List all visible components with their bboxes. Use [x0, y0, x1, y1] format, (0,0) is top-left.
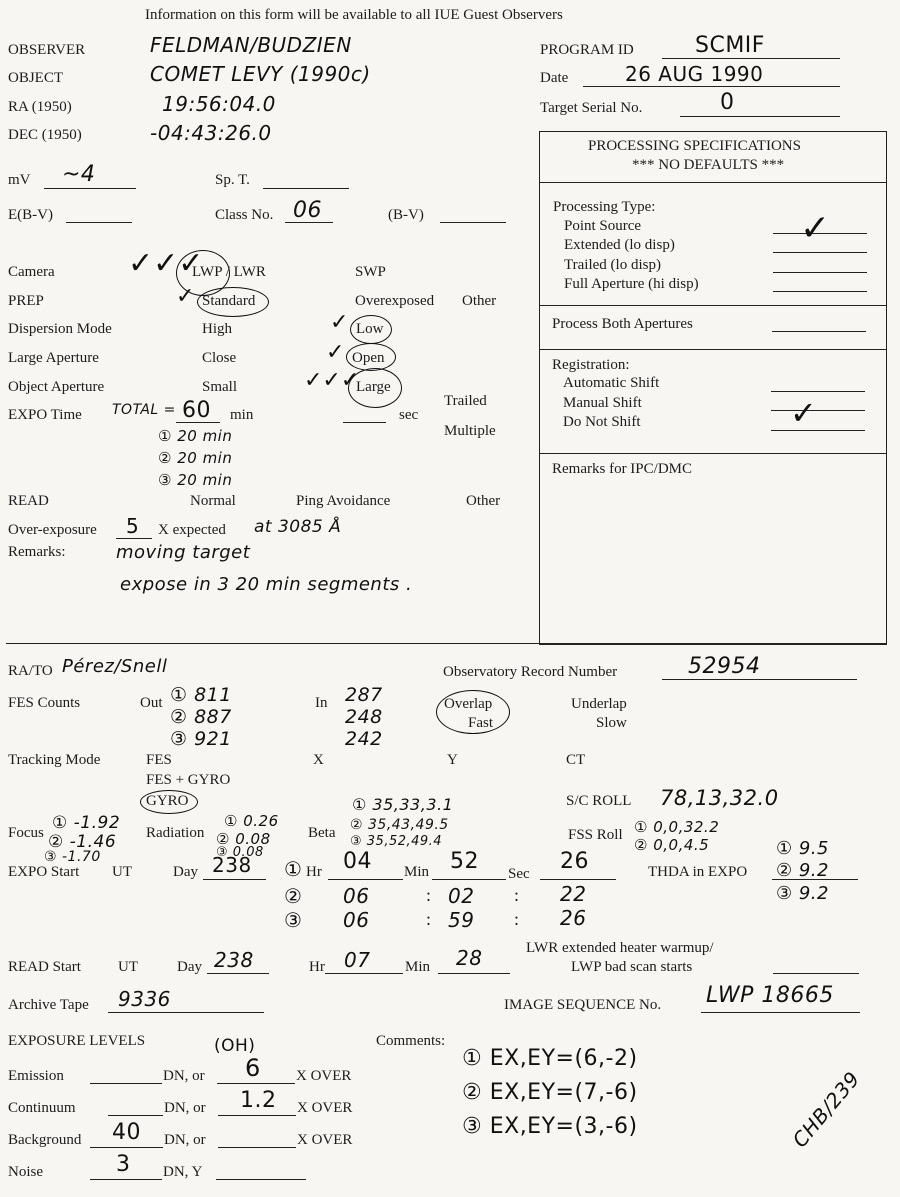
expo-index-1: ① [284, 857, 302, 881]
observatory-record-label: Observatory Record Number [443, 664, 617, 681]
min-label: Min [404, 864, 429, 881]
expo-hr-2[interactable]: 06 [343, 884, 369, 908]
focus-value-3[interactable]: ③ -1.70 [44, 849, 101, 865]
rato-label: RA/TO [8, 663, 53, 680]
read-option-other[interactable]: Other [466, 493, 500, 510]
check-icon: ✓ [800, 208, 830, 249]
read-hr-underline [325, 973, 403, 974]
comment-line-3[interactable]: ③ EX,EY=(3,-6) [462, 1114, 638, 1139]
target-serial-label: Target Serial No. [540, 100, 642, 117]
tracking-option-fes[interactable]: FES [146, 752, 172, 769]
processing-subtitle: *** NO DEFAULTS *** [632, 157, 784, 174]
tracking-option-fes-gyro[interactable]: FES + GYRO [146, 772, 230, 789]
overexposure-label: Over-exposure [8, 522, 97, 539]
processing-type-trailed: Trailed (lo disp) [564, 257, 661, 274]
time-colon: : [514, 885, 519, 906]
noise-label: Noise [8, 1164, 43, 1181]
date-label: Date [540, 70, 568, 87]
ebv-field[interactable] [66, 222, 132, 223]
underlap-option[interactable]: Underlap [571, 696, 627, 713]
signature: CHB/239 [788, 1067, 865, 1152]
expo-sec-unit: sec [399, 407, 418, 424]
program-id-field[interactable]: SCMIF [695, 33, 765, 58]
dispersion-label: Dispersion Mode [8, 321, 112, 338]
read-hr-label: Hr [309, 959, 325, 976]
read-min-underline [438, 973, 510, 974]
divider [539, 182, 887, 183]
thda-label: THDA in EXPO [648, 864, 747, 881]
target-serial-underline [680, 116, 840, 117]
noise-y-field[interactable] [216, 1179, 306, 1180]
read-start-label: READ Start [8, 959, 81, 976]
mv-underline [44, 188, 136, 189]
large-aperture-label: Large Aperture [8, 350, 99, 367]
overlap-fast-selection-circle [436, 690, 510, 734]
observer-field[interactable]: FELDMAN/BUDZIEN [150, 33, 352, 57]
do-not-shift-field[interactable] [771, 430, 865, 431]
fss-roll-value-1[interactable]: ① 0,0,32.2 [634, 818, 719, 836]
large-selection-circle [348, 368, 402, 408]
ct-label: CT [566, 752, 585, 769]
sc-roll-field[interactable]: 78,13,32.0 [660, 786, 779, 810]
fes-in-2[interactable]: 248 [345, 706, 383, 728]
extended-field[interactable] [773, 252, 867, 253]
background-label: Background [8, 1132, 81, 1149]
hr-label: Hr [306, 864, 322, 881]
slow-option[interactable]: Slow [596, 715, 627, 732]
manual-shift-field[interactable] [771, 410, 865, 411]
focus-label: Focus [8, 825, 44, 842]
form-notice: Information on this form will be availab… [145, 7, 563, 24]
heater-label-2: LWP bad scan starts [571, 959, 692, 976]
divider [539, 453, 887, 454]
object-aperture-option-small[interactable]: Small [202, 379, 237, 396]
program-id-underline [662, 58, 840, 59]
emission-or-label: DN, or [163, 1068, 205, 1085]
camera-label: Camera [8, 264, 55, 281]
check-icon: ✓ [790, 394, 817, 432]
fes-counts-label: FES Counts [8, 695, 80, 712]
process-both-apertures-label: Process Both Apertures [552, 316, 693, 333]
overexposure-field[interactable]: 5 [126, 514, 139, 538]
expo-index-3: ③ [284, 908, 302, 932]
expo-min-1[interactable]: 52 [450, 849, 479, 874]
bv-field[interactable] [440, 222, 506, 223]
archive-tape-underline [108, 1012, 264, 1013]
beta-value-3[interactable]: ③ 35,52,49.4 [350, 834, 442, 849]
fes-out-3[interactable]: ③ 921 [170, 728, 232, 750]
expo-time-label: EXPO Time [8, 407, 82, 424]
radiation-label: Radiation [146, 825, 204, 842]
check-icon: ✓ [176, 284, 194, 309]
fss-roll-label: FSS Roll [568, 827, 623, 844]
fes-out-1[interactable]: ① 811 [170, 684, 232, 706]
overexposure-underline [116, 538, 152, 539]
continuum-over-underline [218, 1115, 296, 1116]
time-colon: : [426, 909, 431, 930]
thda-value-1[interactable]: ① 9.5 [776, 838, 829, 859]
processing-type-point-source: Point Source [564, 218, 641, 235]
section-divider [6, 643, 887, 644]
overexposure-note: at 3085 Å [254, 517, 341, 537]
standard-selection-circle [197, 287, 269, 317]
hr-underline [328, 879, 403, 880]
background-or-label: DN, or [164, 1132, 206, 1149]
emission-over-field[interactable]: 6 [245, 1054, 261, 1082]
comment-line-2[interactable]: ② EX,EY=(7,-6) [462, 1080, 638, 1105]
focus-value-1[interactable]: ① -1.92 [52, 813, 120, 833]
fes-out-2[interactable]: ② 887 [170, 706, 232, 728]
time-colon: : [514, 909, 519, 930]
background-dn-underline [90, 1147, 163, 1148]
sec-underline [540, 879, 616, 880]
read-day-underline [207, 973, 269, 974]
processing-type-full-aperture: Full Aperture (hi disp) [564, 276, 699, 293]
object-aperture-label: Object Aperture [8, 379, 104, 396]
fss-roll-value-2[interactable]: ② 0,0,4.5 [634, 836, 709, 854]
fes-out-label: Out [140, 695, 163, 712]
beta-value-2[interactable]: ② 35,43,49.5 [350, 817, 449, 833]
class-label: Class No. [215, 207, 273, 224]
read-day-label: Day [177, 959, 202, 976]
program-id-label: PROGRAM ID [540, 42, 634, 59]
gyro-selection-circle [140, 790, 198, 814]
expo-total-prefix: TOTAL = [112, 402, 176, 418]
observatory-record-field[interactable]: 52954 [688, 654, 761, 679]
processing-type-heading: Processing Type: [553, 199, 655, 216]
prep-option-other[interactable]: Other [462, 293, 496, 310]
expo-sec-2[interactable]: 22 [560, 882, 586, 906]
day-field[interactable]: 238 [212, 853, 252, 877]
read-start-ut-label: UT [118, 959, 138, 976]
emission-suffix: X OVER [296, 1068, 351, 1085]
read-option-ping-avoidance[interactable]: Ping Avoidance [296, 493, 390, 510]
background-dn-field[interactable]: 40 [112, 1120, 141, 1145]
date-underline [583, 86, 840, 87]
heater-label-1: LWR extended heater warmup/ [526, 940, 714, 957]
open-selection-circle [346, 343, 396, 371]
mv-label: mV [8, 172, 31, 189]
dec-label: DEC (1950) [8, 127, 82, 144]
image-sequence-underline [701, 1012, 860, 1013]
registration-automatic-shift: Automatic Shift [563, 375, 659, 392]
ra-label: RA (1950) [8, 99, 72, 116]
y-label: Y [447, 752, 458, 769]
sc-roll-label: S/C ROLL [566, 793, 631, 810]
low-selection-circle [350, 315, 392, 344]
remarks-line-1[interactable]: moving target [116, 542, 250, 563]
ebv-label: E(B-V) [8, 207, 53, 224]
registration-heading: Registration: [552, 357, 630, 374]
divider [539, 349, 887, 350]
registration-do-not-shift: Do Not Shift [563, 414, 641, 431]
fes-in-3[interactable]: 242 [345, 728, 383, 750]
check-icon: ✓ [330, 310, 348, 335]
bv-label: (B-V) [388, 207, 424, 224]
trailed-field[interactable] [773, 272, 867, 273]
expo-start-label: EXPO Start [8, 864, 79, 881]
read-option-normal[interactable]: Normal [190, 493, 236, 510]
thda-value-2[interactable]: ② 9.2 [776, 860, 829, 881]
background-suffix: X OVER [297, 1132, 352, 1149]
time-colon: : [426, 885, 431, 906]
divider [539, 305, 887, 306]
class-field[interactable]: 06 [293, 198, 322, 223]
rato-field[interactable]: Pérez/Snell [62, 656, 167, 677]
expo-min-2[interactable]: 02 [448, 884, 474, 908]
expo-min-unit: min [230, 407, 253, 424]
dispersion-option-high[interactable]: High [202, 321, 232, 338]
large-aperture-option-close[interactable]: Close [202, 350, 236, 367]
spt-field[interactable] [263, 188, 349, 189]
min-underline [432, 879, 506, 880]
object-field[interactable]: COMET LEVY (1990c) [150, 62, 371, 86]
expo-segment-3: ③ 20 min [158, 471, 232, 489]
expo-sec-field[interactable] [343, 422, 386, 423]
read-day-field[interactable]: 238 [214, 948, 254, 972]
noise-dn-underline [90, 1179, 162, 1180]
fes-in-label: In [315, 695, 328, 712]
archive-tape-field[interactable]: 9336 [118, 987, 171, 1011]
exposure-levels-heading: EXPOSURE LEVELS [8, 1033, 145, 1050]
oh-annotation: (OH) [214, 1036, 255, 1056]
emission-dn-field[interactable] [90, 1083, 162, 1084]
process-both-apertures-field[interactable] [772, 331, 866, 332]
continuum-dn-field[interactable] [108, 1115, 163, 1116]
expo-total-field[interactable]: 60 [182, 398, 211, 423]
processing-title: PROCESSING SPECIFICATIONS [588, 138, 801, 155]
noise-suffix: DN, Y [163, 1164, 202, 1181]
observer-label: OBSERVER [8, 42, 85, 59]
expo-sec-1[interactable]: 26 [560, 849, 589, 874]
thda-value-3[interactable]: ③ 9.2 [776, 883, 829, 904]
mv-field[interactable]: ~4 [62, 162, 95, 187]
background-over-field[interactable] [218, 1147, 296, 1148]
processing-type-extended: Extended (lo disp) [564, 237, 675, 254]
observatory-record-underline [662, 679, 857, 680]
prep-label: PREP [8, 293, 44, 310]
expo-min-3[interactable]: 59 [448, 908, 474, 932]
sec-label: Sec [508, 866, 530, 883]
read-hr-field[interactable]: 07 [344, 948, 370, 972]
expo-hr-3[interactable]: 06 [343, 908, 369, 932]
ra-field[interactable]: 19:56:04.0 [162, 92, 276, 116]
beta-value-1[interactable]: ① 35,33,3.1 [352, 795, 453, 814]
continuum-or-label: DN, or [164, 1100, 206, 1117]
expo-hr-1[interactable]: 04 [343, 849, 372, 874]
ipc-dmc-remarks-label: Remarks for IPC/DMC [552, 461, 692, 478]
image-sequence-label: IMAGE SEQUENCE No. [504, 997, 661, 1014]
emission-label: Emission [8, 1068, 64, 1085]
expo-trailed-option[interactable]: Trailed [444, 393, 487, 410]
registration-manual-shift: Manual Shift [563, 395, 642, 412]
object-label: OBJECT [8, 70, 63, 87]
spt-label: Sp. T. [215, 172, 250, 189]
expo-sec-3[interactable]: 26 [560, 906, 586, 930]
expo-segment-1: ① 20 min [158, 427, 232, 445]
read-label: READ [8, 493, 49, 510]
dec-field[interactable]: -04:43:26.0 [150, 121, 272, 145]
continuum-label: Continuum [8, 1100, 76, 1117]
day-underline [203, 879, 266, 880]
continuum-suffix: X OVER [297, 1100, 352, 1117]
check-icon: ✓ [326, 340, 344, 365]
camera-option-swp[interactable]: SWP [355, 264, 386, 281]
radiation-value-1[interactable]: ① 0.26 [224, 812, 279, 830]
fes-in-1[interactable]: 287 [345, 684, 383, 706]
archive-tape-label: Archive Tape [8, 997, 89, 1014]
tracking-mode-label: Tracking Mode [8, 752, 100, 769]
comments-label: Comments: [376, 1033, 445, 1050]
automatic-shift-field[interactable] [771, 391, 865, 392]
ipc-dmc-remarks-field[interactable] [545, 485, 880, 635]
expo-segment-2: ② 20 min [158, 449, 232, 467]
target-serial-field[interactable]: 0 [720, 90, 735, 115]
continuum-over-field[interactable]: 1.2 [240, 1088, 277, 1113]
prep-option-overexposed[interactable]: Overexposed [355, 293, 434, 310]
x-label: X [313, 752, 324, 769]
heater-field[interactable] [773, 973, 859, 974]
full-aperture-field[interactable] [773, 291, 867, 292]
comment-line-1[interactable]: ① EX,EY=(6,-2) [462, 1046, 638, 1071]
read-min-label: Min [405, 959, 430, 976]
expo-multiple-option[interactable]: Multiple [444, 423, 496, 440]
expo-start-ut-label: UT [112, 864, 132, 881]
remarks-label: Remarks: [8, 544, 66, 561]
beta-label: Beta [308, 825, 336, 842]
date-field[interactable]: 26 AUG 1990 [625, 62, 763, 86]
image-sequence-field[interactable]: LWP 18665 [706, 983, 834, 1008]
remarks-line-2[interactable]: expose in 3 20 min segments . [120, 574, 412, 595]
emission-over-underline [217, 1083, 295, 1084]
noise-dn-field[interactable]: 3 [116, 1152, 131, 1177]
expo-index-2: ② [284, 884, 302, 908]
day-label: Day [173, 864, 198, 881]
read-min-field[interactable]: 28 [456, 946, 482, 970]
overexposure-suffix: X expected [158, 522, 226, 539]
